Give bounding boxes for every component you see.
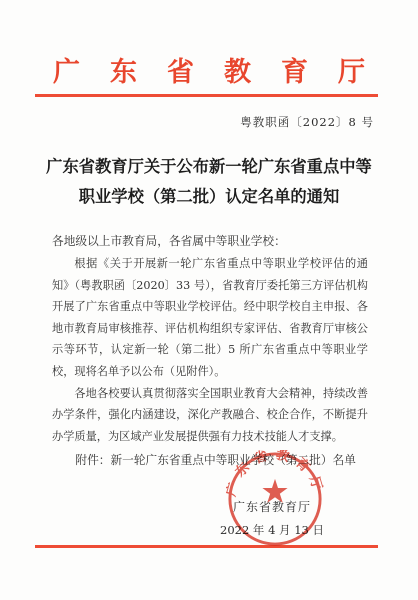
body-text: 根据《关于开展新一轮广东省重点中等职业学校评估的通知》（粤教职函〔2020〕33…: [52, 253, 368, 447]
signature-date: 2022 年 4 月 13 日: [220, 522, 324, 538]
signature-block: 广东省教育厅 2022 年 4 月 13 日: [220, 498, 324, 538]
doc-number: 粤教职函〔2022〕8 号: [0, 114, 374, 130]
document-page: 广东省教育厅 粤教职函〔2022〕8 号 广东省教育厅关于公布新一轮广东省重点中…: [0, 0, 418, 600]
footer-rule: [35, 545, 378, 548]
paragraph-1: 根据《关于开展新一轮广东省重点中等职业学校评估的通知》（粤教职函〔2020〕33…: [52, 253, 368, 383]
doc-title: 广东省教育厅关于公布新一轮广东省重点中等 职业学校（第二批）认定名单的通知: [20, 152, 398, 212]
agency-name: 广东省教育厅: [23, 50, 395, 89]
paragraph-2: 各地各校要认真贯彻落实全国职业教育大会精神，持续改善办学条件，强化内涵建设，深化…: [52, 383, 368, 448]
letterhead: 广东省教育厅: [0, 50, 418, 89]
letterhead-rule: [35, 94, 378, 97]
signature-agency: 广东省教育厅: [220, 498, 324, 515]
salutation: 各地级以上市教育局，各省属中等职业学校：: [52, 233, 368, 249]
doc-title-line2: 职业学校（第二批）认定名单的通知: [20, 182, 398, 212]
doc-title-line1: 广东省教育厅关于公布新一轮广东省重点中等: [20, 152, 398, 182]
attachment-line: 附件：新一轮广东省重点中等职业学校（第二批）名单: [52, 452, 368, 468]
